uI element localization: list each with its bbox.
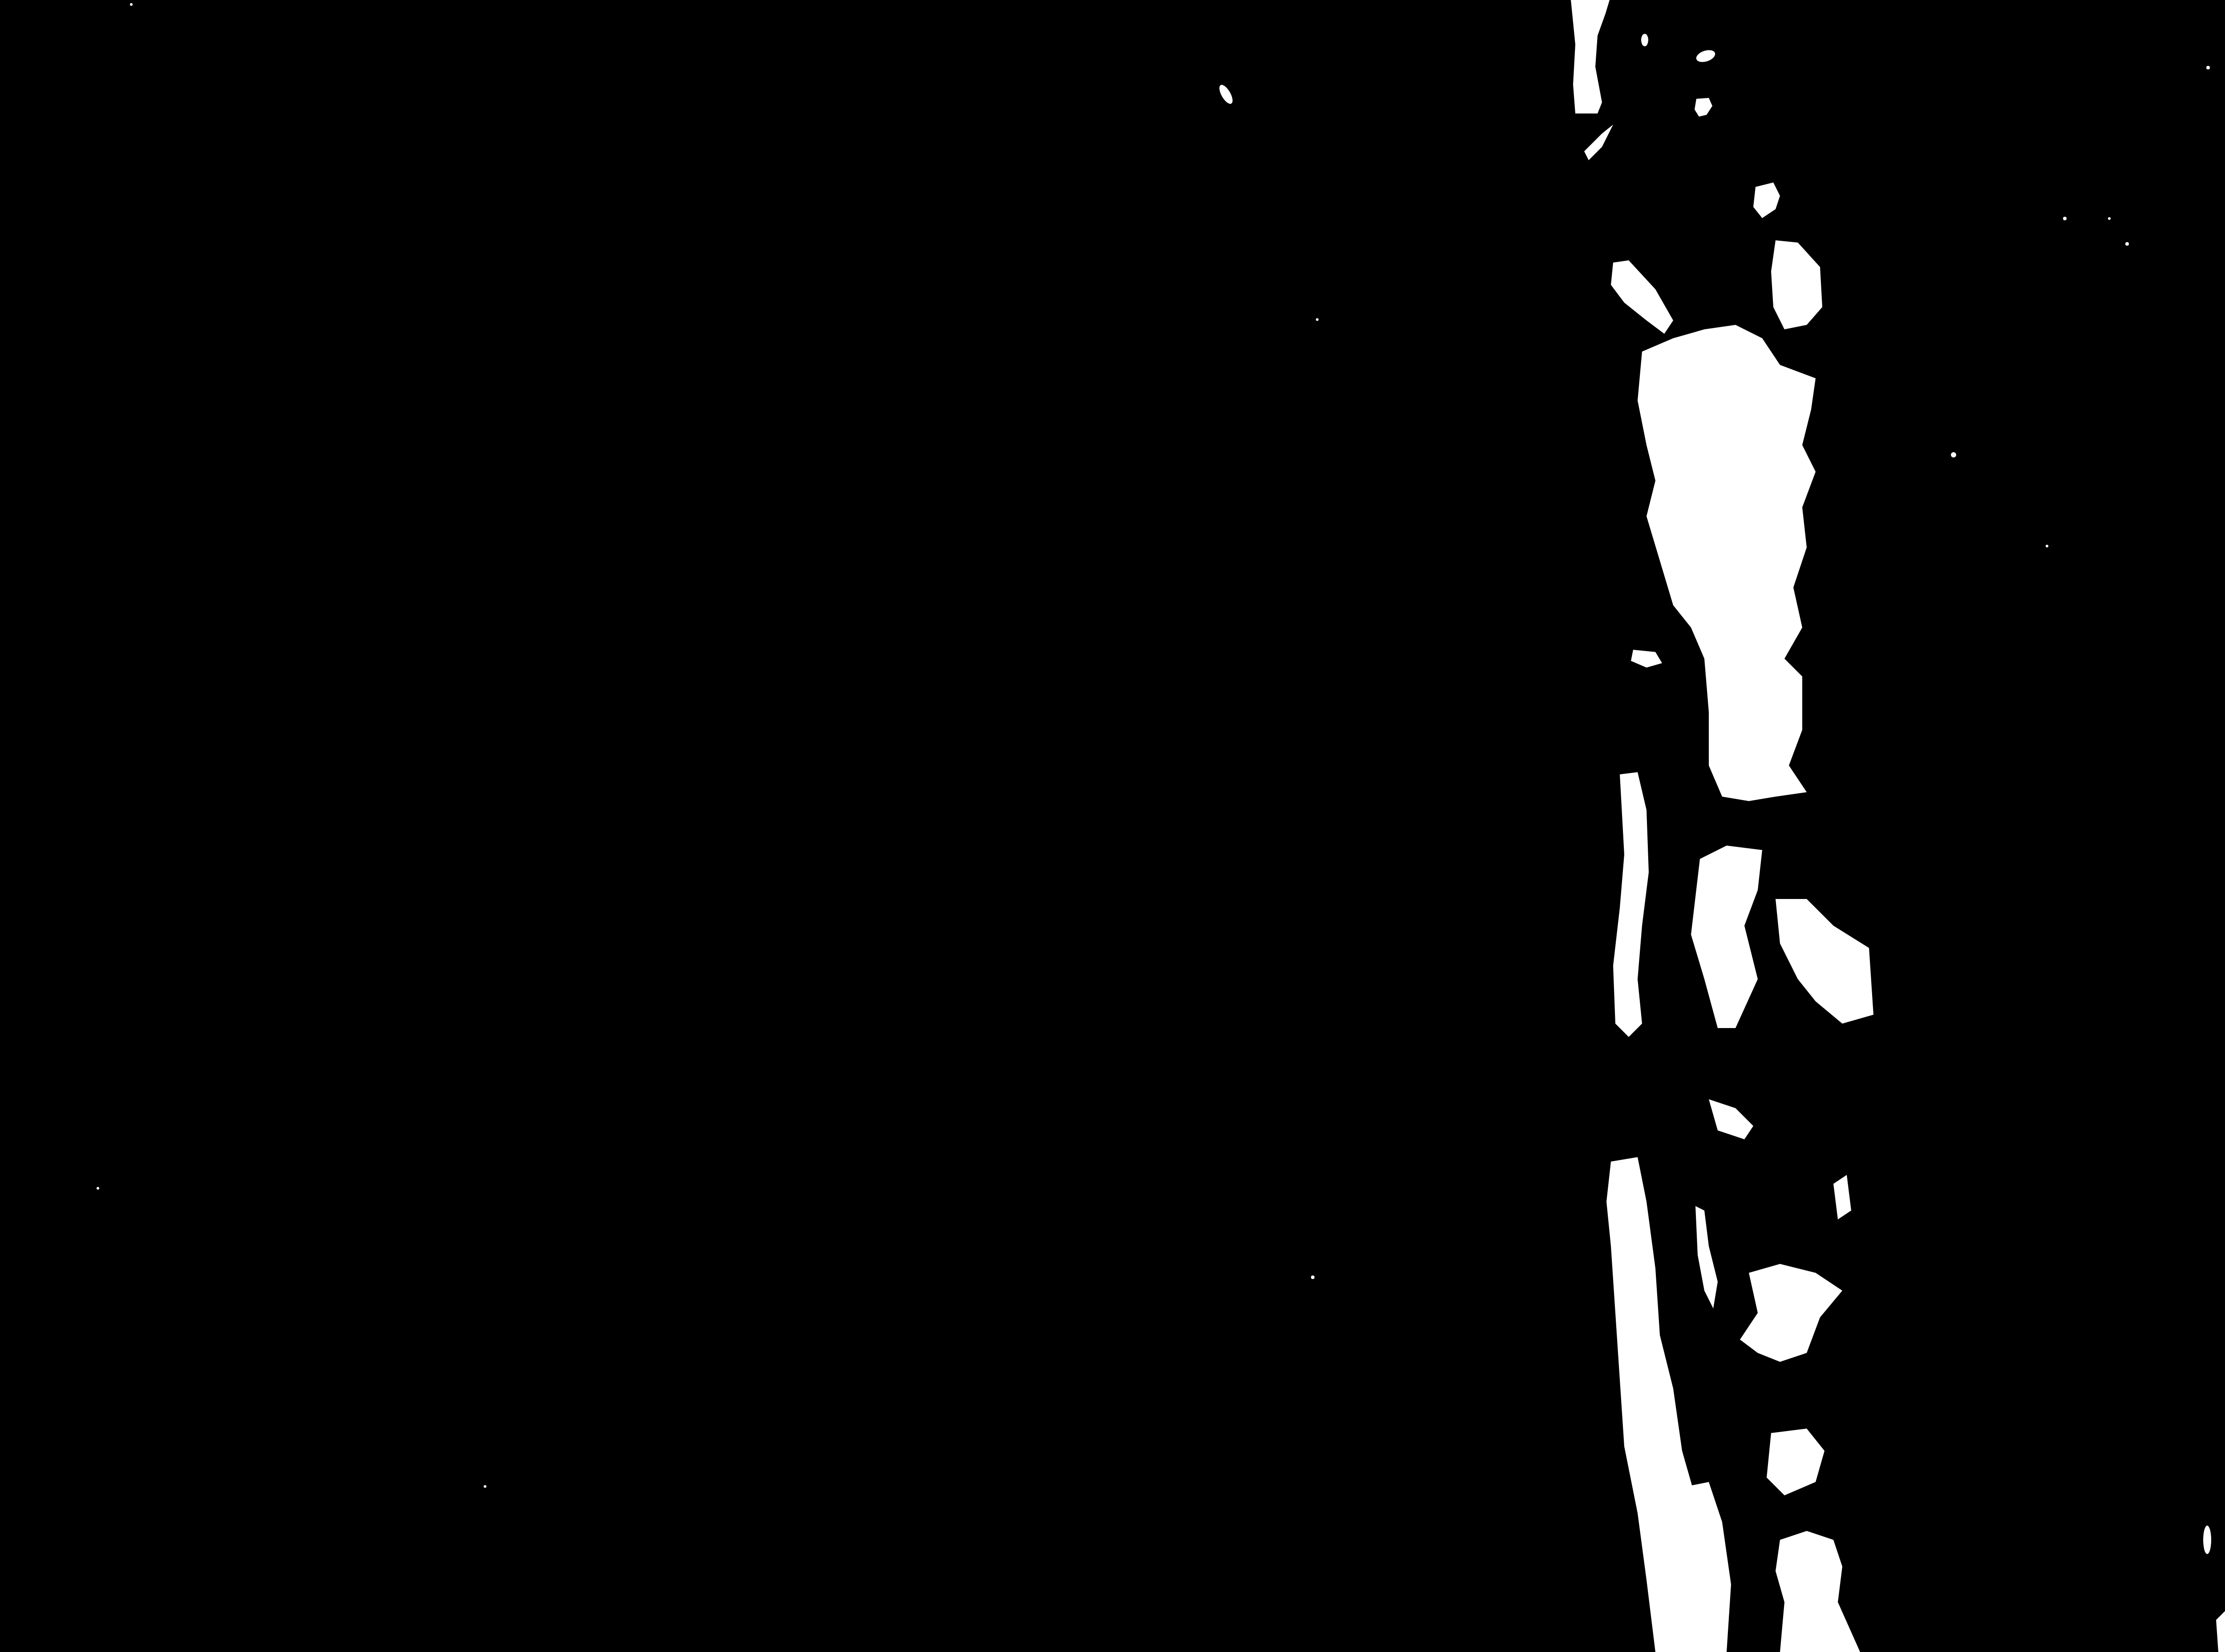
mask-region	[2063, 217, 2067, 220]
mask-region	[1641, 34, 1648, 46]
mask-background	[0, 0, 2225, 1652]
mask-region	[97, 1187, 99, 1190]
mask-region	[1316, 318, 1319, 321]
mask-layer	[0, 0, 2225, 1652]
mask-region	[2046, 545, 2048, 547]
mask-region	[2203, 1526, 2211, 1554]
mask-region	[1951, 452, 1956, 458]
mask-canvas	[0, 0, 2225, 1652]
mask-region	[2125, 242, 2129, 246]
mask-region	[484, 1485, 486, 1488]
mask-region	[2206, 66, 2210, 69]
mask-region	[130, 3, 133, 6]
mask-region	[1311, 1275, 1315, 1279]
mask-region	[2108, 217, 2111, 220]
